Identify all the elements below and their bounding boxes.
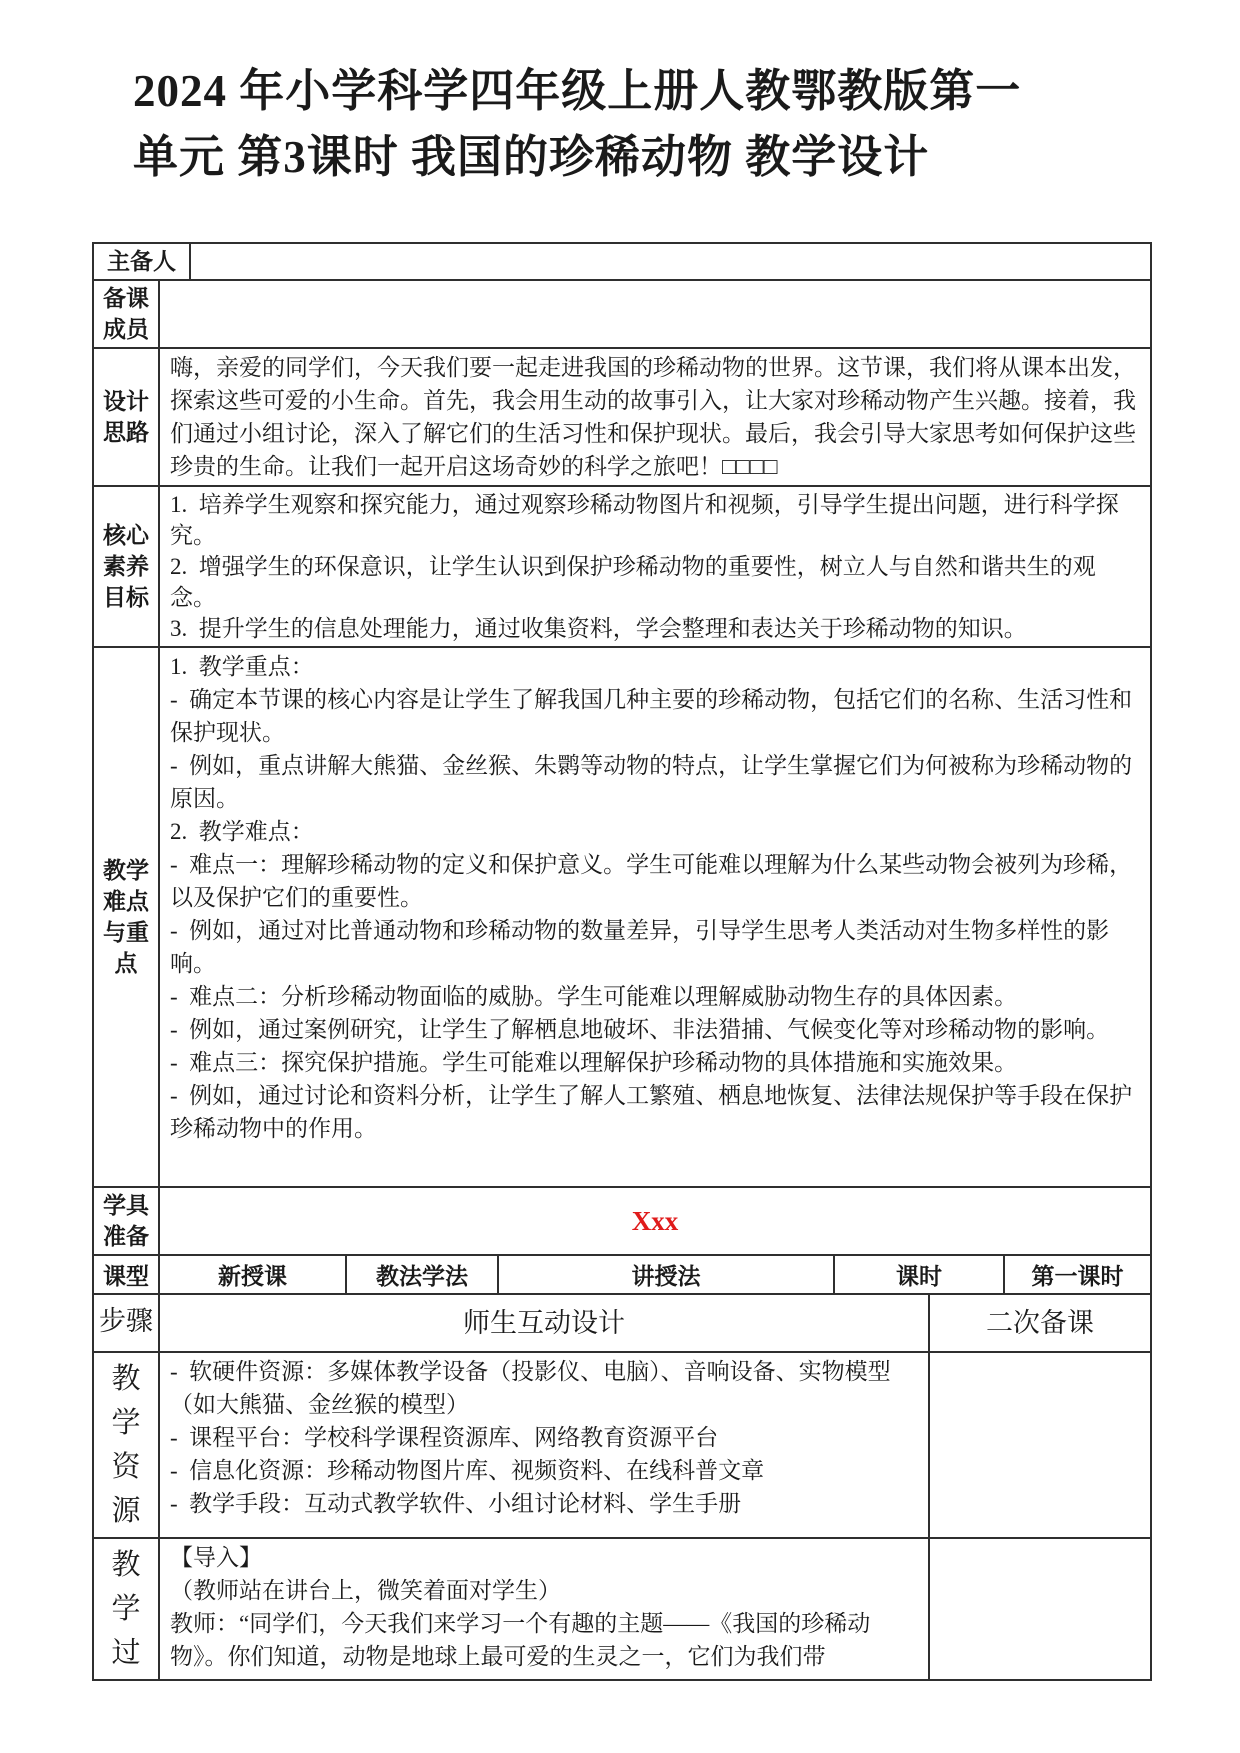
teaching-resources-text: - 软硬件资源：多媒体教学设备（投影仪、电脑）、音响设备、实物模型（如大熊猫、金… [158,1353,928,1537]
prep-team-label: 备课成员 [94,281,158,347]
teaching-resources-second-prep-cell [928,1353,1150,1537]
document-page: 2024 年小学科学四年级上册人教鄂教版第一 单元 第3课时 我国的珍稀动物 教… [0,0,1240,1753]
core-literacy-goals-text: 1. 培养学生观察和探究能力，通过观察珍稀动物图片和视频，引导学生提出问题，进行… [158,487,1150,646]
lesson-type-label: 课型 [94,1256,158,1293]
row-key-difficult-points: 教学难点与重点 1. 教学重点： - 确定本节课的核心内容是让学生了解我国几种主… [94,646,1150,1186]
prep-team-value-cell [158,281,1150,347]
lesson-type-value: 新授课 [158,1256,345,1293]
interaction-design-header: 师生互动设计 [158,1295,928,1351]
class-period-value: 第一课时 [1003,1256,1150,1293]
teaching-process-second-prep-cell [928,1539,1150,1679]
lesson-plan-table: 主备人 备课成员 设计思路 嗨，亲爱的同学们，今天我们要一起走进我国的珍稀动物的… [92,242,1152,1681]
learning-tools-label: 学具准备 [94,1188,158,1254]
teaching-process-label: 教学过 [94,1539,158,1679]
lead-preparer-label: 主备人 [94,244,189,279]
row-learning-tools: 学具准备 Xxx [94,1186,1150,1254]
row-lead-preparer: 主备人 [94,244,1150,279]
learning-tools-value: Xxx [158,1188,1150,1254]
row-teaching-resources: 教学资源 - 软硬件资源：多媒体教学设备（投影仪、电脑）、音响设备、实物模型（如… [94,1351,1150,1537]
second-prep-header: 二次备课 [928,1295,1150,1351]
class-period-label: 课时 [833,1256,1003,1293]
lead-preparer-value-cell [189,244,1150,279]
teaching-method-label: 教法学法 [345,1256,497,1293]
design-idea-text: 嗨，亲爱的同学们，今天我们要一起走进我国的珍稀动物的世界。这节课，我们将从课本出… [158,349,1150,485]
page-title-line2: 单元 第3课时 我国的珍稀动物 教学设计 [133,132,929,182]
row-core-literacy-goals: 核心素养目标 1. 培养学生观察和探究能力，通过观察珍稀动物图片和视频，引导学生… [94,485,1150,646]
teaching-process-text: 【导入】 （教师站在讲台上，微笑着面对学生） 教师：“同学们，今天我们来学习一个… [158,1539,928,1679]
row-prep-team: 备课成员 [94,279,1150,347]
core-literacy-goals-label: 核心素养目标 [94,487,158,646]
teaching-resources-label: 教学资源 [94,1353,158,1537]
teaching-method-value: 讲授法 [497,1256,833,1293]
design-idea-label: 设计思路 [94,349,158,485]
row-steps-header: 步骤 师生互动设计 二次备课 [94,1293,1150,1351]
key-difficult-points-label: 教学难点与重点 [94,648,158,1186]
row-teaching-process: 教学过 【导入】 （教师站在讲台上，微笑着面对学生） 教师：“同学们，今天我们来… [94,1537,1150,1679]
row-design-idea: 设计思路 嗨，亲爱的同学们，今天我们要一起走进我国的珍稀动物的世界。这节课，我们… [94,347,1150,485]
page-title: 2024 年小学科学四年级上册人教鄂教版第一 单元 第3课时 我国的珍稀动物 教… [133,58,1154,190]
steps-label: 步骤 [94,1295,158,1351]
page-title-line1: 2024 年小学科学四年级上册人教鄂教版第一 [133,66,1021,116]
key-difficult-points-text: 1. 教学重点： - 确定本节课的核心内容是让学生了解我国几种主要的珍稀动物，包… [158,648,1150,1186]
row-lesson-type: 课型 新授课 教法学法 讲授法 课时 第一课时 [94,1254,1150,1293]
